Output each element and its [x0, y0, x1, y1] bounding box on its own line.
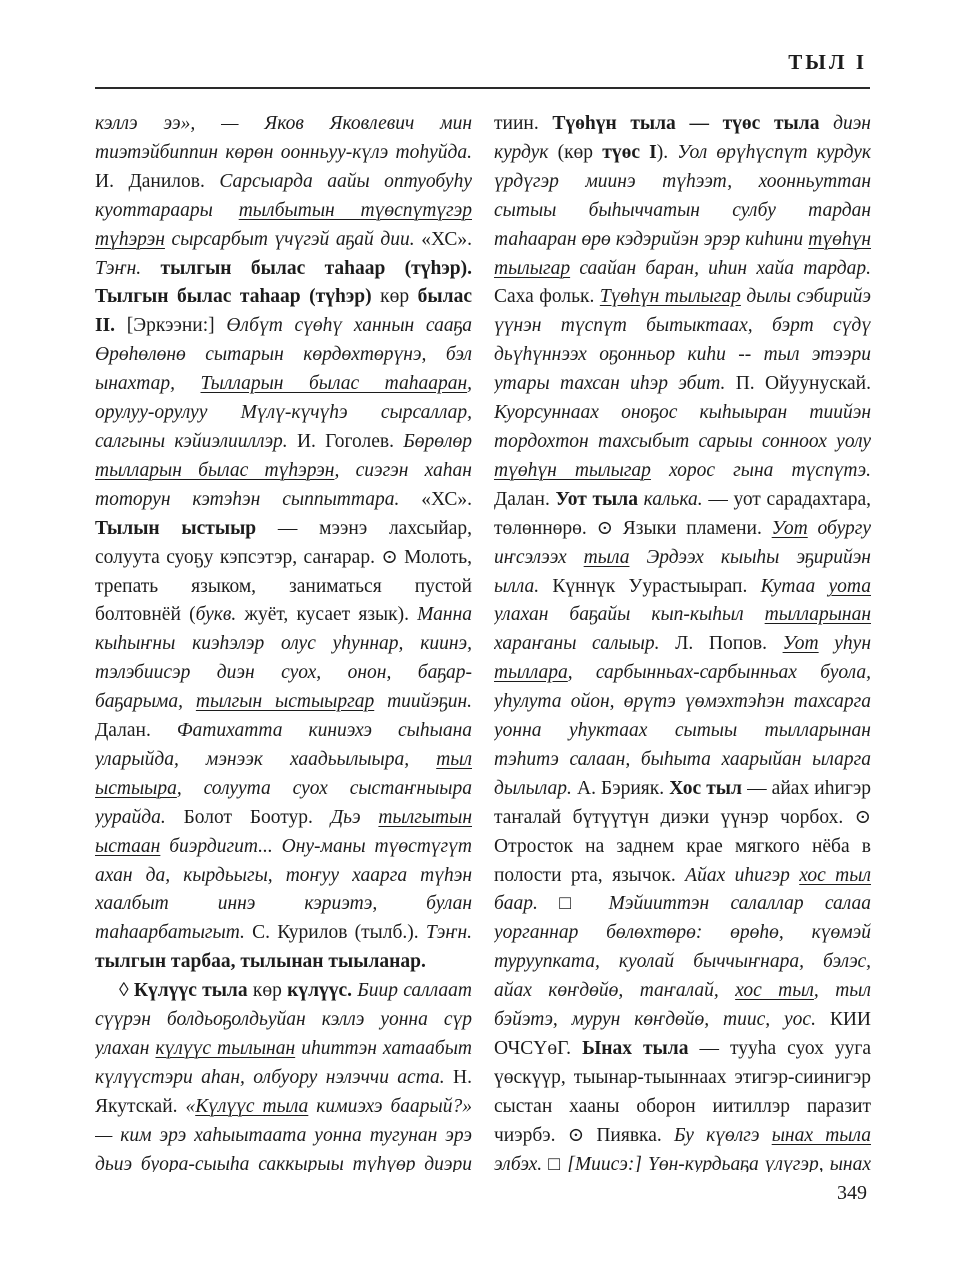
text-run: калька.	[644, 489, 709, 510]
text-run: тылгын тарбаа, тылынан тыыланар.	[95, 951, 426, 972]
text-run: тыллара	[494, 662, 568, 683]
dictionary-page: ТЫЛ I кэллэ ээ», — Яков Яковлевич мин ти…	[0, 0, 959, 1274]
text-run: Саха фольк.	[494, 286, 600, 307]
text-run: тиийэҕин.	[374, 691, 472, 712]
text-run: Уот	[783, 633, 819, 654]
text-run: уһун	[819, 633, 871, 654]
text-run: букв.	[196, 604, 245, 625]
text-run: көр	[380, 286, 418, 307]
text-run: баар.	[494, 893, 559, 914]
text-run: Тэҥн.	[95, 258, 160, 279]
text-run: «	[185, 1096, 195, 1117]
text-run: Далан.	[494, 489, 556, 510]
text-run: Күлүүс тыла	[195, 1096, 308, 1117]
header-rule	[95, 87, 870, 89]
text-run: күлүүс.	[287, 980, 357, 1001]
text-run: тиин.	[494, 113, 552, 134]
paragraph: ◊ Күлүүс тыла көр күлүүс. Биир саллаат с…	[95, 977, 472, 1172]
paragraph: кэллэ ээ», — Яков Яковлевич мин тиэтэйби…	[95, 110, 472, 977]
text-run: Айах иһигэр	[685, 865, 799, 886]
text-run: «ХС».	[421, 489, 472, 510]
text-run: (көр	[558, 142, 603, 163]
text-run: Тылларын былас таһааран	[201, 373, 468, 394]
text-run: Далан.	[95, 720, 177, 741]
text-run: □	[559, 893, 608, 914]
text-run: Түөһүн тылыгар	[600, 286, 741, 307]
text-run: Үөн-курдьаҕа үлүгэр,	[648, 1154, 830, 1172]
text-run: Уот	[772, 518, 808, 539]
text-run: Ынах тыла	[582, 1038, 699, 1059]
text-run: Дьэ	[331, 807, 379, 828]
text-run: Түөһүн тыла — түөс тыла	[552, 113, 833, 134]
right-column: тиин. Түөһүн тыла — түөс тыла диэн курду…	[494, 110, 871, 1172]
text-run: И. Гоголев.	[297, 431, 403, 452]
text-run: кэллэ ээ», — Яков Яковлевич мин тиэтэйби…	[95, 113, 472, 163]
text-run: Бу күөлгэ	[674, 1125, 772, 1146]
text-run: Тэҥн.	[426, 922, 472, 943]
text-run: тыла	[584, 547, 630, 568]
text-run: [Эркээни:]	[127, 315, 227, 336]
text-run: тылларынан	[765, 604, 871, 625]
text-run: хос тыл	[735, 980, 814, 1001]
text-run: түөһүн тылыгар	[494, 460, 651, 481]
text-run: Болот Боотур.	[184, 807, 331, 828]
text-run: хорос гына түспүтэ.	[651, 460, 871, 481]
text-run: элбэх.	[494, 1154, 548, 1172]
text-run: күлүүс тылынан	[155, 1038, 295, 1059]
text-run: уота	[829, 576, 871, 597]
text-run: хараҥаны салыыр.	[494, 633, 675, 654]
text-run: Л. Попов.	[675, 633, 782, 654]
text-run: А. Бэрияк.	[577, 778, 669, 799]
text-run: Куорсуннаах оноҕос кыһыыран тиийэн тордо…	[494, 402, 871, 452]
text-run: И. Данилов.	[95, 171, 219, 192]
text-run: Күннүк Уурастыырап.	[552, 576, 760, 597]
text-run: Күлүүс тыла	[134, 980, 253, 1001]
text-run: тылгын ыстыыргар	[196, 691, 374, 712]
text-run: П. Ойуунускай.	[736, 373, 871, 394]
text-run: тылларын былас түһэрэн	[95, 460, 334, 481]
text-run: Тылын ыстыыр	[95, 518, 278, 539]
text-run: көр	[253, 980, 287, 1001]
text-run: С. Курилов (тылб.).	[252, 922, 426, 943]
text-run: хос тыл	[799, 865, 871, 886]
text-run: Кутаа	[761, 576, 829, 597]
text-run: сырсарбыт үчүгэй аҕай дии.	[165, 229, 421, 250]
text-run: Уот тыла	[556, 489, 644, 510]
text-run: жуёт, кусает язык).	[244, 604, 417, 625]
page-number: 349	[837, 1182, 867, 1205]
text-run: ◊	[119, 980, 134, 1001]
text-run: түөс I	[602, 142, 657, 163]
text-run: улахан баҕайы кып-кыһыл	[494, 604, 765, 625]
text-run: ынах тыла	[772, 1125, 871, 1146]
text-run: [Миисэ:]	[567, 1154, 648, 1172]
text-run: саайан баран, иһин хайа тардар.	[570, 258, 871, 279]
text-run: Хос тыл	[669, 778, 747, 799]
text-run: Бөрөлөр	[403, 431, 472, 452]
text-columns: кэллэ ээ», — Яков Яковлевич мин тиэтэйби…	[95, 110, 871, 1172]
text-run: ).	[657, 142, 678, 163]
paragraph: тиин. Түөһүн тыла — түөс тыла диэн курду…	[494, 110, 871, 1172]
left-column: кэллэ ээ», — Яков Яковлевич мин тиэтэйби…	[95, 110, 472, 1172]
text-run: «ХС».	[421, 229, 472, 250]
text-run: □	[548, 1154, 567, 1172]
page-title: ТЫЛ I	[788, 50, 867, 75]
